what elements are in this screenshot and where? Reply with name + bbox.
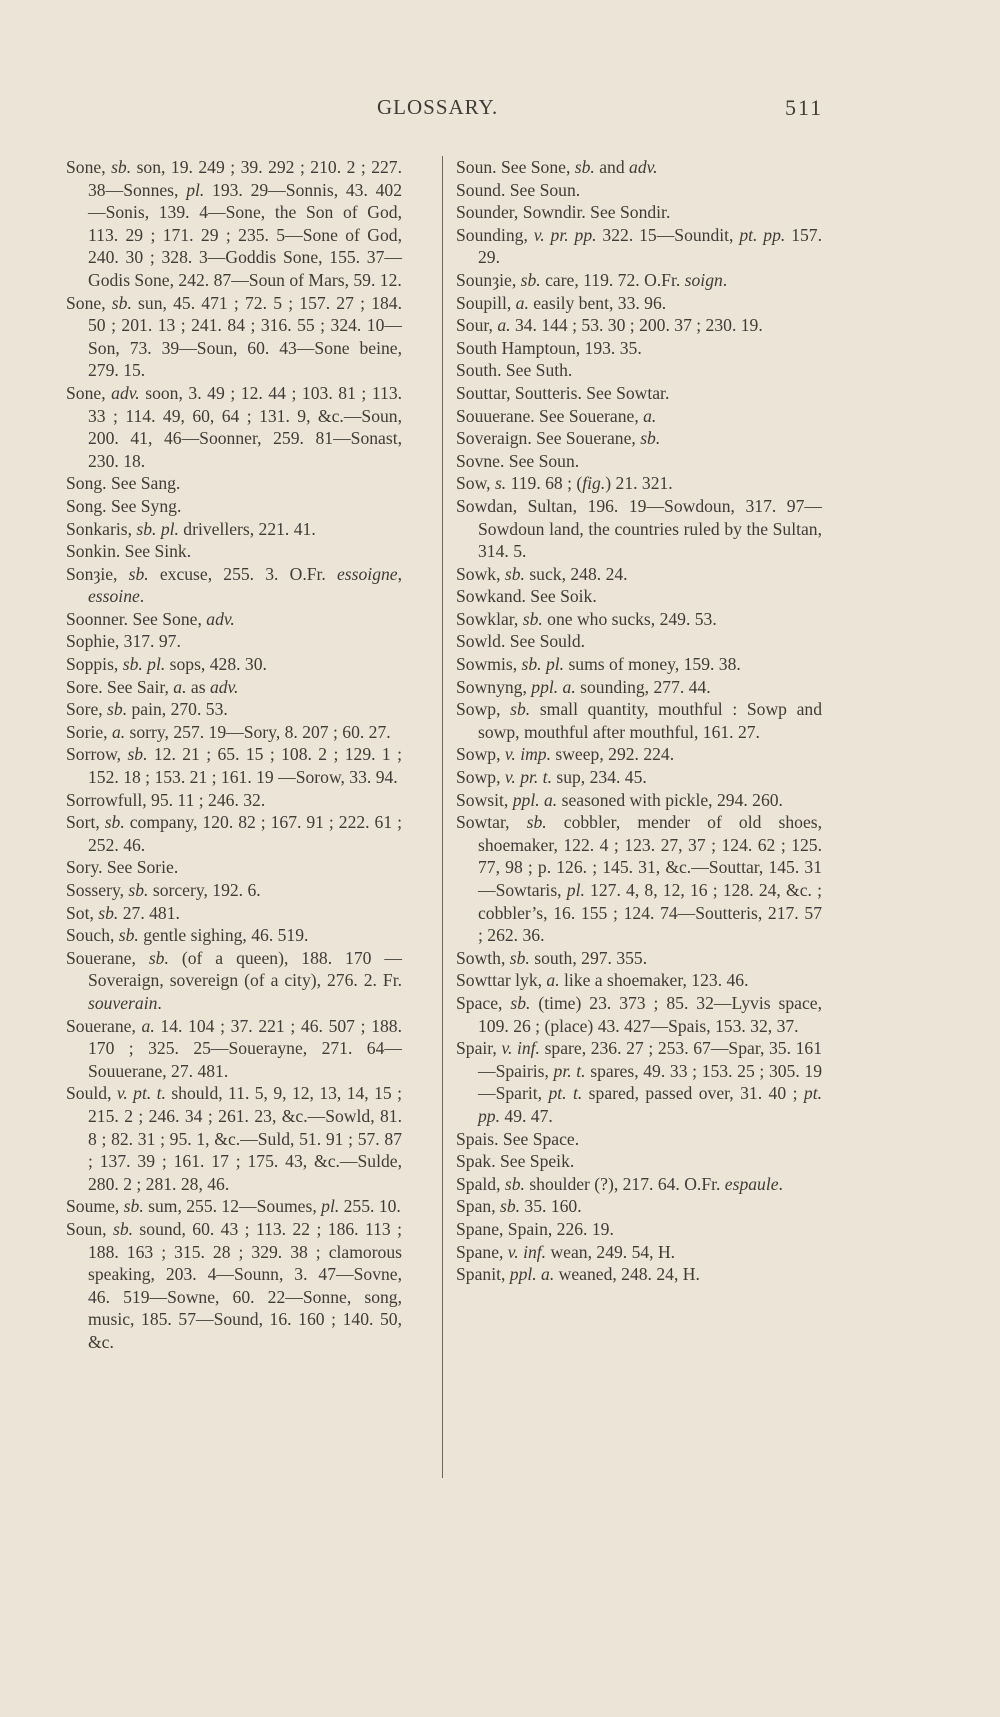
glossary-entry: Sonkaris, sb. pl. drivellers, 221. 41.: [66, 518, 402, 541]
glossary-entry: Sowklar, sb. one who sucks, 249. 53.: [456, 608, 822, 631]
book-page: GLOSSARY. 511 Sone, sb. son, 19. 249 ; 3…: [0, 0, 1000, 1717]
glossary-entry: Soonner. See Sone, adv.: [66, 608, 402, 631]
glossary-entry: Spane, Spain, 226. 19.: [456, 1218, 822, 1241]
glossary-entry: Sore. See Sair, a. as adv.: [66, 676, 402, 699]
glossary-entry: Sore, sb. pain, 270. 53.: [66, 698, 402, 721]
glossary-entry: Sory. See Sorie.: [66, 856, 402, 879]
glossary-entry: Sowdan, Sultan, 196. 19—Sowdoun, 317. 97…: [456, 495, 822, 563]
page-title: GLOSSARY.: [377, 95, 498, 120]
glossary-entry: Sophie, 317. 97.: [66, 630, 402, 653]
glossary-entry: Soppis, sb. pl. sops, 428. 30.: [66, 653, 402, 676]
glossary-entry: Sorrowfull, 95. 11 ; 246. 32.: [66, 789, 402, 812]
glossary-entry: Sone, sb. son, 19. 249 ; 39. 292 ; 210. …: [66, 156, 402, 292]
running-head: GLOSSARY. 511: [0, 95, 1000, 125]
glossary-entry: Sonkin. See Sink.: [66, 540, 402, 563]
glossary-entry: Sot, sb. 27. 481.: [66, 902, 402, 925]
glossary-column-right: Soun. See Sone, sb. and adv.Sound. See S…: [456, 156, 822, 1286]
glossary-entry: Sorie, a. sorry, 257. 19—Sory, 8. 207 ; …: [66, 721, 402, 744]
glossary-entry: Spald, sb. shoulder (?), 217. 64. O.Fr. …: [456, 1173, 822, 1196]
glossary-entry: Sonȝie, sb. excuse, 255. 3. O.Fr. essoig…: [66, 563, 402, 608]
glossary-entry: Spak. See Speik.: [456, 1150, 822, 1173]
glossary-entry: Sowmis, sb. pl. sums of money, 159. 38.: [456, 653, 822, 676]
glossary-entry: Sownyng, ppl. a. sounding, 277. 44.: [456, 676, 822, 699]
glossary-entry: Soun, sb. sound, 60. 43 ; 113. 22 ; 186.…: [66, 1218, 402, 1354]
glossary-entry: Soupill, a. easily bent, 33. 96.: [456, 292, 822, 315]
glossary-entry: Spane, v. inf. wean, 249. 54, H.: [456, 1241, 822, 1264]
glossary-column-left: Sone, sb. son, 19. 249 ; 39. 292 ; 210. …: [66, 156, 402, 1353]
glossary-entry: Sound. See Soun.: [456, 179, 822, 202]
glossary-entry: Sowtar, sb. cobbler, mender of old shoes…: [456, 811, 822, 947]
glossary-entry: Sossery, sb. sorcery, 192. 6.: [66, 879, 402, 902]
glossary-entry: Sowp, v. pr. t. sup, 234. 45.: [456, 766, 822, 789]
glossary-entry: Sour, a. 34. 144 ; 53. 30 ; 200. 37 ; 23…: [456, 314, 822, 337]
glossary-entry: Souch, sb. gentle sighing, 46. 519.: [66, 924, 402, 947]
glossary-entry: Sowth, sb. south, 297. 355.: [456, 947, 822, 970]
glossary-entry: Souuerane. See Souerane, a.: [456, 405, 822, 428]
glossary-entry: South Hamptoun, 193. 35.: [456, 337, 822, 360]
glossary-entry: Song. See Sang.: [66, 472, 402, 495]
glossary-entry: Spais. See Space.: [456, 1128, 822, 1151]
glossary-entry: Sounding, v. pr. pp. 322. 15—Soundit, pt…: [456, 224, 822, 269]
page-number: 511: [785, 95, 823, 121]
glossary-entry: South. See Suth.: [456, 359, 822, 382]
glossary-entry: Sounȝie, sb. care, 119. 72. O.Fr. soign.: [456, 269, 822, 292]
glossary-entry: Sowsit, ppl. a. seasoned with pickle, 29…: [456, 789, 822, 812]
glossary-entry: Span, sb. 35. 160.: [456, 1195, 822, 1218]
glossary-entry: Sone, adv. soon, 3. 49 ; 12. 44 ; 103. 8…: [66, 382, 402, 472]
glossary-entry: Spanit, ppl. a. weaned, 248. 24, H.: [456, 1263, 822, 1286]
glossary-entry: Sow, s. 119. 68 ; (fig.) 21. 321.: [456, 472, 822, 495]
glossary-entry: Sort, sb. company, 120. 82 ; 167. 91 ; 2…: [66, 811, 402, 856]
glossary-entry: Souerane, a. 14. 104 ; 37. 221 ; 46. 507…: [66, 1015, 402, 1083]
column-divider: [442, 156, 443, 1478]
glossary-entry: Sowp, sb. small quantity, mouthful : Sow…: [456, 698, 822, 743]
glossary-entry: Soun. See Sone, sb. and adv.: [456, 156, 822, 179]
glossary-entry: Sone, sb. sun, 45. 471 ; 72. 5 ; 157. 27…: [66, 292, 402, 382]
glossary-entry: Soveraign. See Souerane, sb.: [456, 427, 822, 450]
glossary-entry: Sowkand. See Soik.: [456, 585, 822, 608]
glossary-entry: Sowk, sb. suck, 248. 24.: [456, 563, 822, 586]
glossary-entry: Space, sb. (time) 23. 373 ; 85. 32—Lyvis…: [456, 992, 822, 1037]
glossary-entry: Sowp, v. imp. sweep, 292. 224.: [456, 743, 822, 766]
glossary-entry: Souerane, sb. (of a queen), 188. 170 —So…: [66, 947, 402, 1015]
glossary-entry: Soume, sb. sum, 255. 12—Soumes, pl. 255.…: [66, 1195, 402, 1218]
glossary-entry: Sowttar lyk, a. like a shoemaker, 123. 4…: [456, 969, 822, 992]
glossary-entry: Souttar, Soutteris. See Sowtar.: [456, 382, 822, 405]
glossary-entry: Song. See Syng.: [66, 495, 402, 518]
glossary-entry: Sowld. See Sould.: [456, 630, 822, 653]
glossary-entry: Sorrow, sb. 12. 21 ; 65. 15 ; 108. 2 ; 1…: [66, 743, 402, 788]
glossary-entry: Spair, v. inf. spare, 236. 27 ; 253. 67—…: [456, 1037, 822, 1127]
glossary-entry: Sould, v. pt. t. should, 11. 5, 9, 12, 1…: [66, 1082, 402, 1195]
glossary-entry: Sovne. See Soun.: [456, 450, 822, 473]
glossary-entry: Sounder, Sowndir. See Sondir.: [456, 201, 822, 224]
